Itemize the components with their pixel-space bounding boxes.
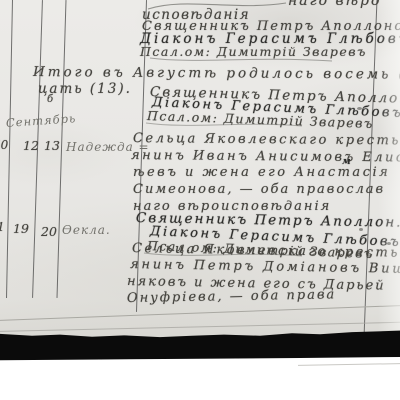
summary-totals-line: Итого въ Августѣ родилось восемь (8) <box>33 64 400 83</box>
page-margin-highlight <box>378 0 400 330</box>
entry1-record-number: 50 <box>0 138 8 152</box>
entry2-name: Ѳекла. <box>62 223 111 237</box>
entry1-day-born: 12 <box>23 138 39 153</box>
entry1-text-line: ѣевъ и жена его Анастасія <box>133 165 390 180</box>
ink-speck <box>357 107 362 110</box>
entry1-text-line: янинъ Иванъ Анисимовъ Елис <box>131 148 400 165</box>
entry1-text-line: Сельца Яковлевскаго кресть <box>133 131 400 148</box>
month-label: Сентябрь <box>6 111 77 130</box>
page-edge-line <box>0 305 400 321</box>
prev-entry-faith-tail: наго вѣро <box>288 0 381 9</box>
summary-correction-mark: б <box>47 94 53 105</box>
entry1-text-line: Симеонова, — оба православ <box>133 182 385 197</box>
paper-sheet: наго вѣро исповѣданія Священникъ Петръ А… <box>0 0 400 340</box>
entry1-correction-mark: м <box>342 157 351 167</box>
ink-speck <box>359 228 363 231</box>
under-sheet-edge-line <box>298 363 400 366</box>
entry2-day-born: 19 <box>13 221 29 236</box>
entry1-day-baptized: 13 <box>44 138 60 153</box>
scanned-document-page: наго вѣро исповѣданія Священникъ Петръ А… <box>0 0 400 400</box>
entry2-text-line: Онуфріева, — оба права <box>127 287 336 306</box>
prev-entry-psalmist-line: Псал.ом: Димитрій Зваревъ <box>140 44 367 59</box>
entry2-day-baptized: 20 <box>41 224 57 239</box>
page-edge-line <box>0 321 400 332</box>
entry2-record-number: 1 <box>0 220 5 234</box>
